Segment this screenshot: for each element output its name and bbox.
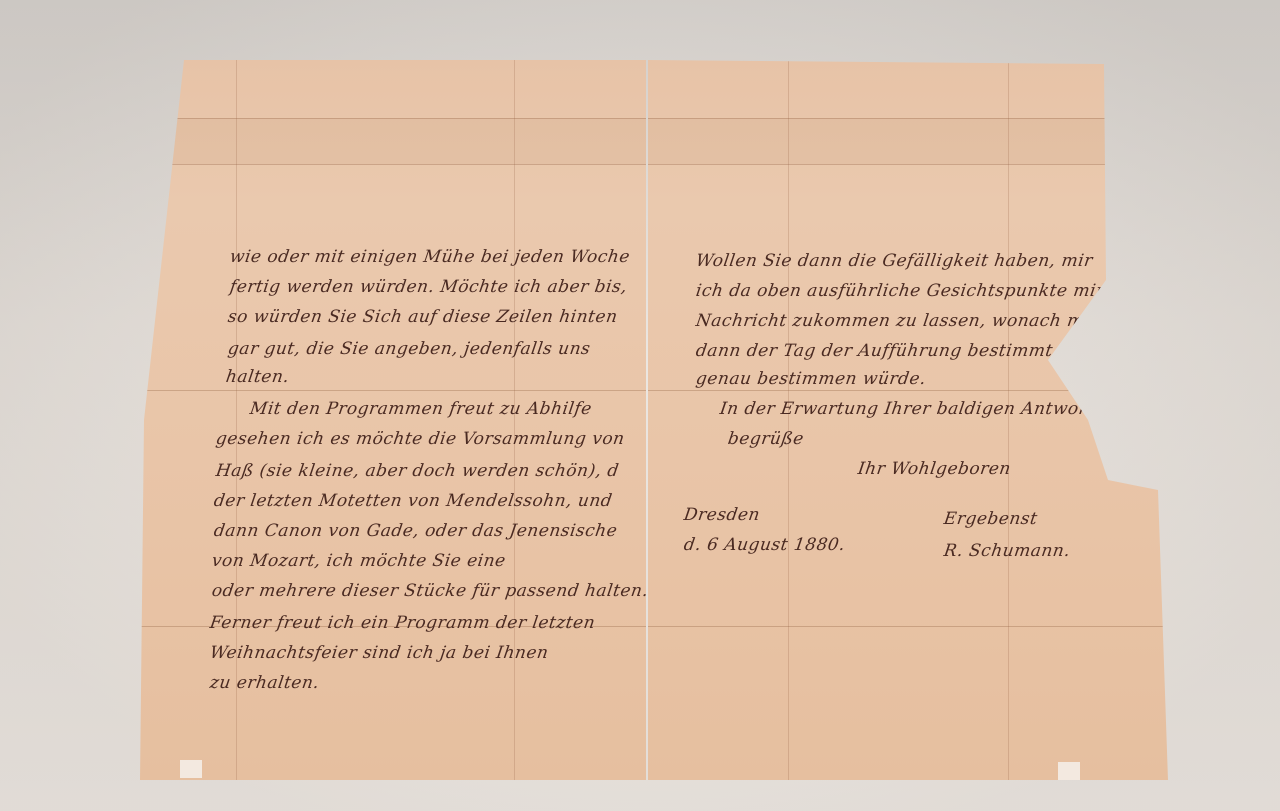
fold-line [648, 164, 1168, 165]
handwritten-line: ich da oben ausführliche Gesichtspunkte … [694, 276, 1107, 306]
letter-date: d. 6 August 1880. [682, 530, 847, 560]
fold-line [140, 118, 646, 119]
letter-sheet: wie oder mit einigen Mühe bei jeden Woch… [126, 60, 1168, 780]
handwritten-line: der letzten Motetten von Mendelssohn, un… [212, 486, 614, 516]
handwritten-line: genau bestimmen würde. [694, 364, 928, 394]
mounting-tape [180, 760, 202, 778]
handwritten-line: dann Canon von Gade, oder das Jenensisch… [212, 516, 619, 546]
handwritten-line: Ferner freut ich ein Programm der letzte… [208, 608, 597, 638]
handwritten-line: wie oder mit einigen Mühe bei jeden Woch… [228, 242, 632, 272]
handwritten-line: begrüße [726, 424, 806, 454]
handwritten-line: oder mehrere dieser Stücke für passend h… [210, 576, 651, 606]
fold-line [648, 118, 1168, 119]
letter-right-page: Wollen Sie dann die Gefälligkeit haben, … [648, 60, 1168, 780]
handwritten-line: gesehen ich es möchte die Vorsammlung vo… [214, 424, 627, 454]
handwritten-line: Weihnachtsfeier sind ich ja bei Ihnen [208, 638, 551, 668]
handwritten-line: Mit den Programmen freut zu Abhilfe [248, 394, 594, 424]
handwritten-line: zu erhalten. [208, 668, 321, 698]
paper-fold-band [648, 118, 1168, 164]
handwritten-line: gar gut, die Sie angeben, jedenfalls uns [226, 334, 593, 364]
handwritten-line: fertig werden würden. Möchte ich aber bi… [228, 272, 629, 302]
handwritten-line: so würden Sie Sich auf diese Zeilen hint… [226, 302, 620, 332]
handwritten-line: Wollen Sie dann die Gefälligkeit haben, … [694, 246, 1095, 276]
letter-closing: Ergebenst [942, 504, 1040, 534]
mounting-tape [1058, 762, 1080, 780]
handwritten-line: von Mozart, ich möchte Sie eine [210, 546, 508, 576]
letter-place: Dresden [682, 500, 762, 530]
handwritten-line: In der Erwartung Ihrer baldigen Antwort, [718, 394, 1103, 424]
handwritten-line: Haß (sie kleine, aber doch werden schön)… [214, 456, 621, 486]
letter-left-page: wie oder mit einigen Mühe bei jeden Woch… [140, 60, 646, 780]
letter-signature: R. Schumann. [942, 536, 1072, 566]
paper-fold-band [140, 118, 646, 164]
handwritten-line: Nachricht zukommen zu lassen, wonach mir [694, 306, 1101, 336]
fold-line [140, 164, 646, 165]
handwritten-line: Ihr Wohlgeboren [856, 454, 1013, 484]
fold-line [140, 390, 646, 391]
handwritten-line: halten. [224, 362, 291, 392]
fold-line [648, 626, 1168, 627]
handwritten-line: dann der Tag der Aufführung bestimmt ist [694, 336, 1083, 366]
